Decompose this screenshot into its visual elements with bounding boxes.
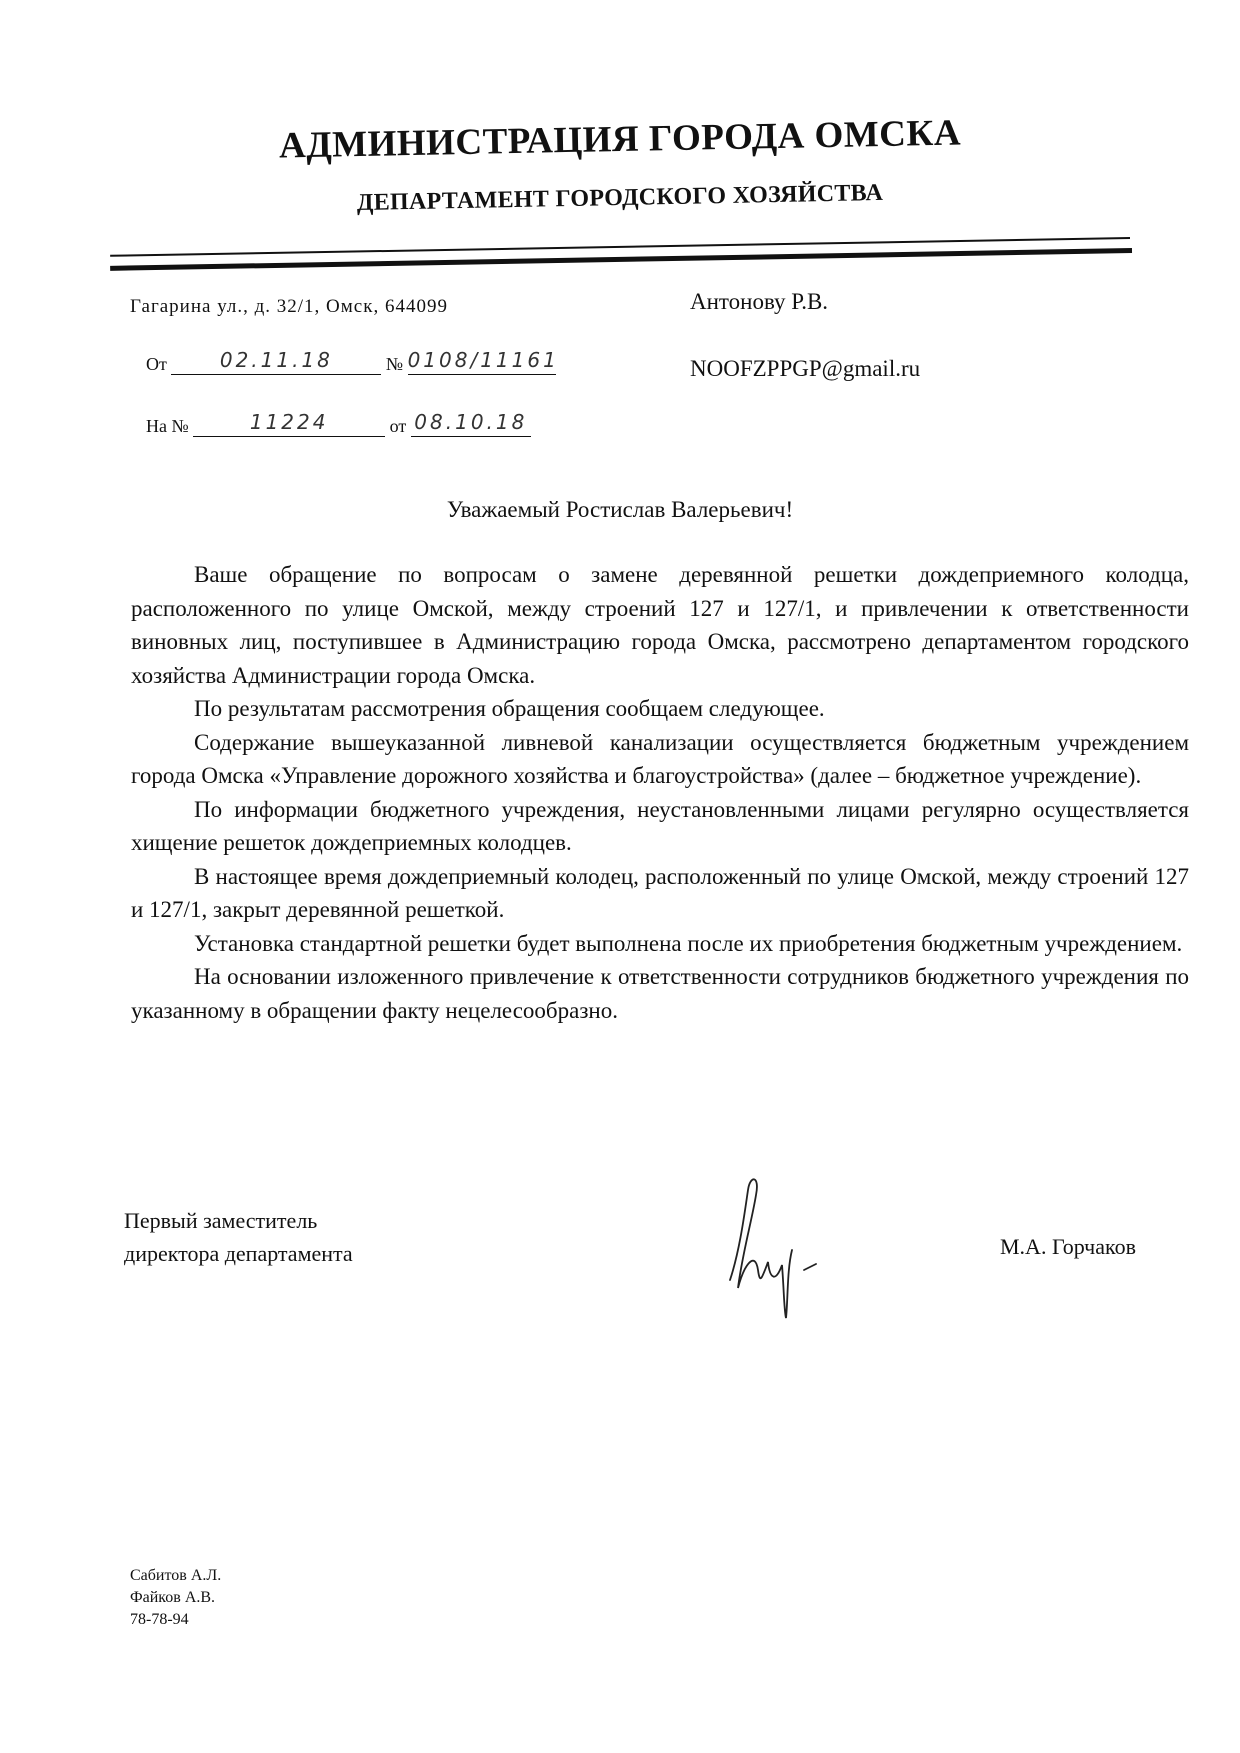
from-date-handwritten: 02.11.18 — [171, 348, 381, 372]
executor-name: Файков А.В. — [130, 1587, 221, 1609]
body-paragraph: По результатам рассмотрения обращения со… — [131, 692, 1189, 726]
body-paragraph: В настоящее время дождеприемный колодец,… — [131, 860, 1189, 927]
from-label: От — [146, 354, 167, 374]
signatory-name: М.А. Горчаков — [1000, 1234, 1136, 1260]
salutation: Уважаемый Ростислав Валерьевич! — [0, 497, 1240, 523]
body-paragraph: Содержание вышеуказанной ливневой канали… — [131, 726, 1189, 793]
outgoing-number-field: 0108/11161 — [408, 350, 556, 375]
organization-title: АДМИНИСТРАЦИЯ ГОРОДА ОМСКА — [0, 106, 1240, 173]
reply-date-handwritten: 08.10.18 — [411, 410, 531, 434]
reply-to-label: На № — [146, 416, 189, 436]
letter-body: Ваше обращение по вопросам о замене дере… — [131, 558, 1189, 1027]
reply-registration-row: На № 11224 от 08.10.18 — [146, 412, 531, 437]
executor-info: Сабитов А.Л. Файков А.В. 78-78-94 — [130, 1565, 221, 1631]
body-paragraph: По информации бюджетного учреждения, неу… — [131, 793, 1189, 860]
outgoing-registration-row: От 02.11.18 № 0108/11161 — [146, 350, 556, 375]
signatory-position: Первый заместитель директора департамент… — [124, 1204, 353, 1270]
outgoing-number-handwritten: 0108/11161 — [408, 348, 556, 372]
sender-address: Гагарина ул., д. 32/1, Омск, 644099 — [130, 296, 448, 318]
reply-to-number-field: 11224 — [193, 412, 385, 437]
executor-name: Сабитов А.Л. — [130, 1565, 221, 1587]
reply-to-number-handwritten: 11224 — [193, 410, 385, 434]
recipient-name: Антонову Р.В. — [690, 289, 828, 315]
reply-date-field: 08.10.18 — [411, 412, 531, 437]
recipient-email: NOOFZPPGP@gmail.ru — [690, 356, 920, 382]
reply-date-label: от — [390, 416, 407, 436]
from-date-field: 02.11.18 — [171, 350, 381, 375]
body-paragraph: Установка стандартной решетки будет выпо… — [131, 927, 1189, 961]
handwritten-signature-icon — [700, 1170, 840, 1325]
signatory-position-line2: директора департамента — [124, 1237, 353, 1270]
number-label: № — [386, 354, 403, 374]
executor-phone: 78-78-94 — [130, 1609, 221, 1631]
signatory-position-line1: Первый заместитель — [124, 1204, 353, 1237]
body-paragraph: На основании изложенного привлечение к о… — [131, 960, 1189, 1027]
department-title: ДЕПАРТАМЕНТ ГОРОДСКОГО ХОЗЯЙСТВА — [0, 173, 1240, 224]
body-paragraph: Ваше обращение по вопросам о замене дере… — [131, 558, 1189, 692]
